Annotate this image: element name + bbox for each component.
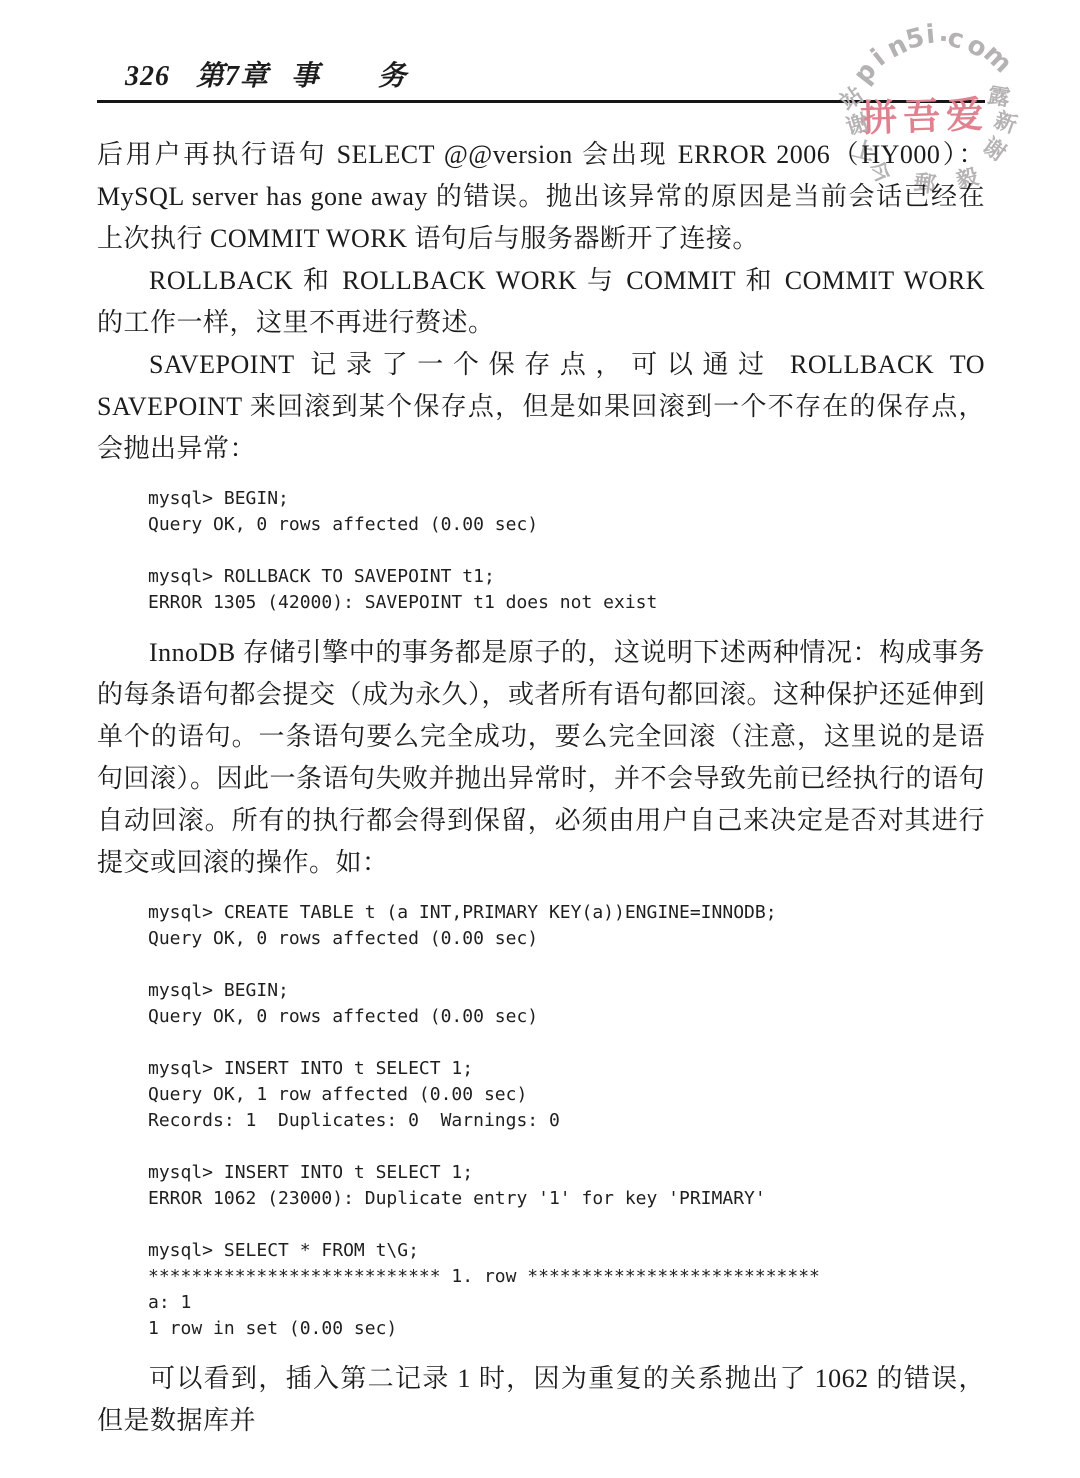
paragraph: SAVEPOINT 记录了一个保存点，可以通过 ROLLBACK TO SAVE…	[97, 344, 985, 470]
watermark-arc-letter: i	[925, 20, 937, 51]
page: 326第7章事 务 p i n 5 i . c o m 拼吾爱 站 谢 上 今 …	[0, 0, 1080, 1478]
code-line: mysql> BEGIN;	[148, 486, 985, 512]
code-line: a: 1	[148, 1290, 985, 1316]
paragraph: InnoDB 存储引擎中的事务都是原子的，这说明下述两种情况：构成事务的每条语句…	[97, 632, 985, 884]
chapter-label: 第7章	[196, 61, 269, 92]
section-title: 事 务	[291, 61, 407, 92]
page-content: 后用户再执行语句 SELECT @@version 会出现 ERROR 2006…	[97, 134, 985, 1442]
code-line: 1 row in set (0.00 sec)	[148, 1316, 985, 1342]
book-page-scan: { "header": { "page_number": "326", "cha…	[0, 0, 1080, 1478]
watermark-arc-letter: .	[938, 18, 950, 49]
code-line: Query OK, 0 rows affected (0.00 sec)	[148, 1004, 985, 1030]
code-line: Query OK, 0 rows affected (0.00 sec)	[148, 512, 985, 538]
watermark-arc-letter: 5	[903, 22, 928, 55]
code-line	[148, 1212, 985, 1238]
code-line: ERROR 1305 (42000): SAVEPOINT t1 does no…	[148, 590, 985, 616]
code-line	[148, 1134, 985, 1160]
code-line: mysql> ROLLBACK TO SAVEPOINT t1;	[148, 564, 985, 590]
watermark-ring-char: 新	[990, 103, 1021, 140]
paragraph: 后用户再执行语句 SELECT @@version 会出现 ERROR 2006…	[97, 134, 985, 260]
running-header: 326第7章事 务	[97, 54, 985, 103]
code-line: Query OK, 1 row affected (0.00 sec)	[148, 1082, 985, 1108]
code-line: mysql> BEGIN;	[148, 978, 985, 1004]
paragraph: ROLLBACK 和 ROLLBACK WORK 与 COMMIT 和 COMM…	[97, 260, 985, 344]
paragraph: 可以看到，插入第二记录 1 时，因为重复的关系抛出了 1062 的错误，但是数据…	[97, 1358, 985, 1442]
code-line: Records: 1 Duplicates: 0 Warnings: 0	[148, 1108, 985, 1134]
code-line: mysql> CREATE TABLE t (a INT,PRIMARY KEY…	[148, 900, 985, 926]
code-line: ERROR 1062 (23000): Duplicate entry '1' …	[148, 1186, 985, 1212]
watermark-arc-letter: c	[944, 22, 967, 55]
code-line: Query OK, 0 rows affected (0.00 sec)	[148, 926, 985, 952]
code-line: *************************** 1. row *****…	[148, 1264, 985, 1290]
code-line	[148, 1030, 985, 1056]
watermark-ring-char: 露	[985, 78, 1012, 112]
page-number: 326	[125, 61, 170, 92]
mysql-code-block: mysql> BEGIN; Query OK, 0 rows affected …	[148, 486, 985, 616]
code-line	[148, 952, 985, 978]
code-line: mysql> SELECT * FROM t\G;	[148, 1238, 985, 1264]
mysql-code-block: mysql> CREATE TABLE t (a INT,PRIMARY KEY…	[148, 900, 985, 1342]
code-line: mysql> INSERT INTO t SELECT 1;	[148, 1160, 985, 1186]
code-line	[148, 538, 985, 564]
code-line: mysql> INSERT INTO t SELECT 1;	[148, 1056, 985, 1082]
